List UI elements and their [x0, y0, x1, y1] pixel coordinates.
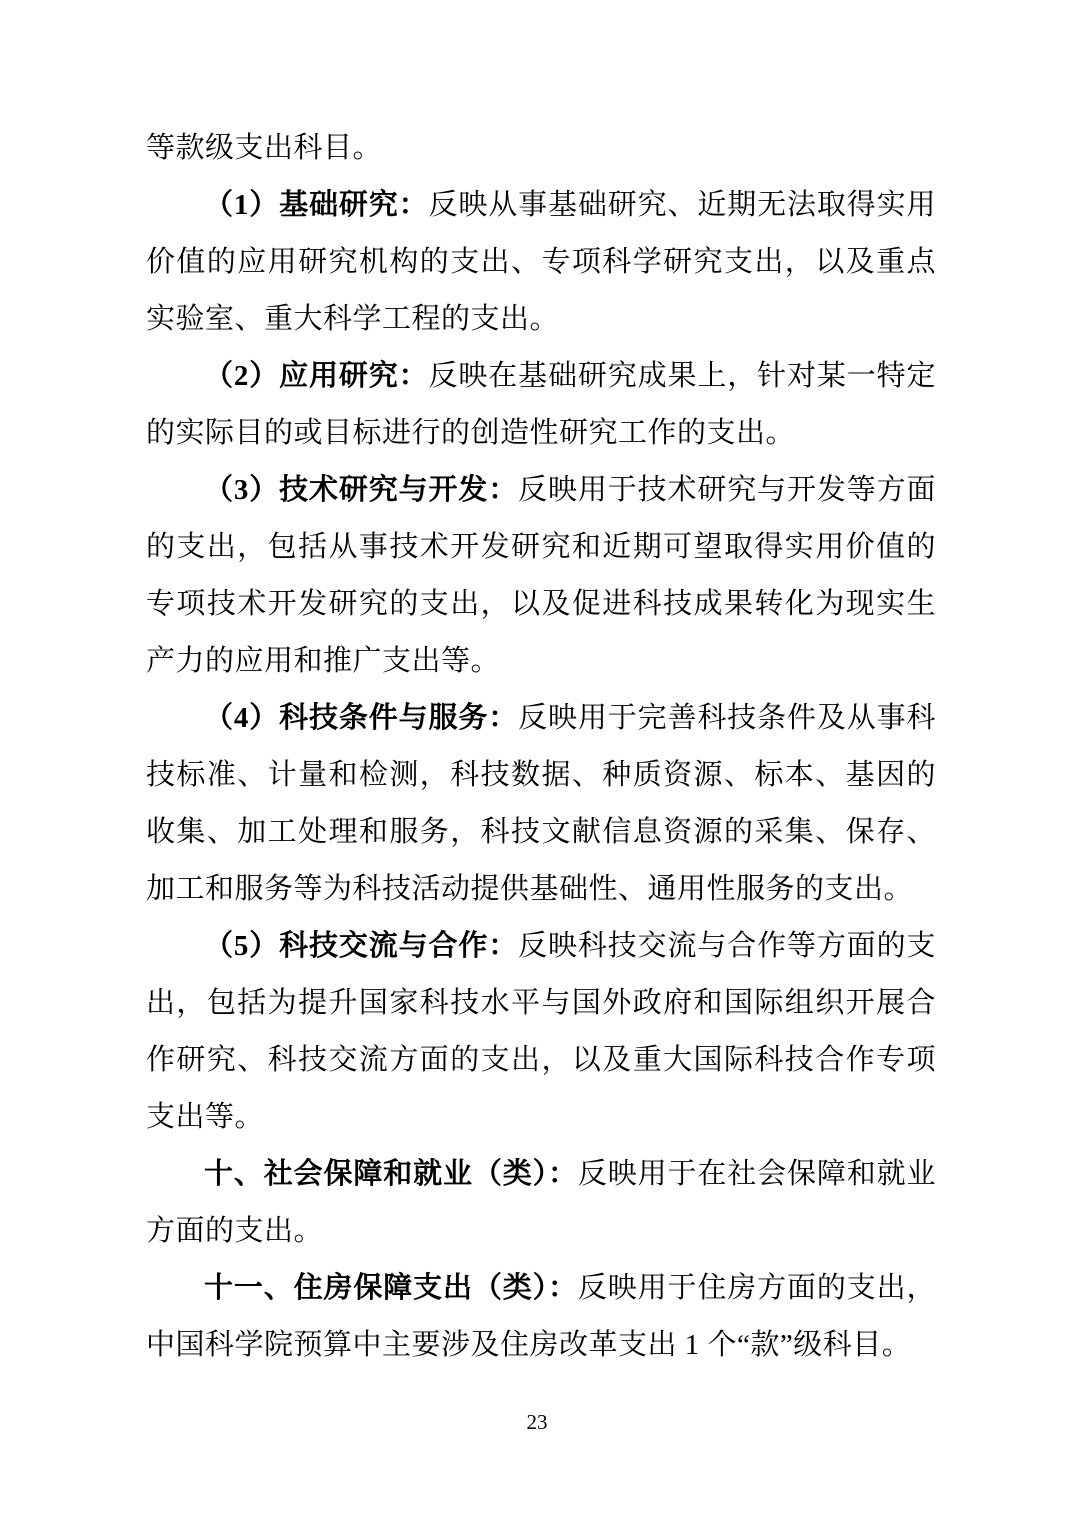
- paragraph-lead: （1）基础研究：: [204, 189, 429, 221]
- paragraph-continuation: 等款级支出科目。: [146, 120, 936, 177]
- paragraph-lead: （5）科技交流与合作：: [204, 930, 518, 962]
- paragraph-lead: （2）应用研究：: [204, 360, 429, 392]
- document-body: 等款级支出科目。 （1）基础研究：反映从事基础研究、近期无法取得实用价值的应用研…: [146, 120, 936, 1374]
- paragraph-lead: 十、社会保障和就业（类）：: [204, 1158, 578, 1190]
- paragraph-text: 等款级支出科目。: [146, 132, 382, 164]
- paragraph-item-5: （5）科技交流与合作：反映科技交流与合作等方面的支出，包括为提升国家科技水平与国…: [146, 918, 936, 1146]
- page-number: 23: [0, 1408, 1074, 1436]
- paragraph-section-10: 十、社会保障和就业（类）：反映用于在社会保障和就业方面的支出。: [146, 1146, 936, 1260]
- paragraph-lead: 十一、住房保障支出（类）：: [204, 1272, 578, 1304]
- paragraph-item-2: （2）应用研究：反映在基础研究成果上，针对某一特定的实际目的或目标进行的创造性研…: [146, 348, 936, 462]
- paragraph-item-4: （4）科技条件与服务：反映用于完善科技条件及从事科技标准、计量和检测，科技数据、…: [146, 690, 936, 918]
- paragraph-item-3: （3）技术研究与开发：反映用于技术研究与开发等方面的支出，包括从事技术开发研究和…: [146, 462, 936, 690]
- paragraph-section-11: 十一、住房保障支出（类）：反映用于住房方面的支出，中国科学院预算中主要涉及住房改…: [146, 1260, 936, 1374]
- paragraph-item-1: （1）基础研究：反映从事基础研究、近期无法取得实用价值的应用研究机构的支出、专项…: [146, 177, 936, 348]
- document-page: 等款级支出科目。 （1）基础研究：反映从事基础研究、近期无法取得实用价值的应用研…: [0, 0, 1074, 1520]
- paragraph-lead: （4）科技条件与服务：: [204, 702, 518, 734]
- paragraph-lead: （3）技术研究与开发：: [204, 474, 518, 506]
